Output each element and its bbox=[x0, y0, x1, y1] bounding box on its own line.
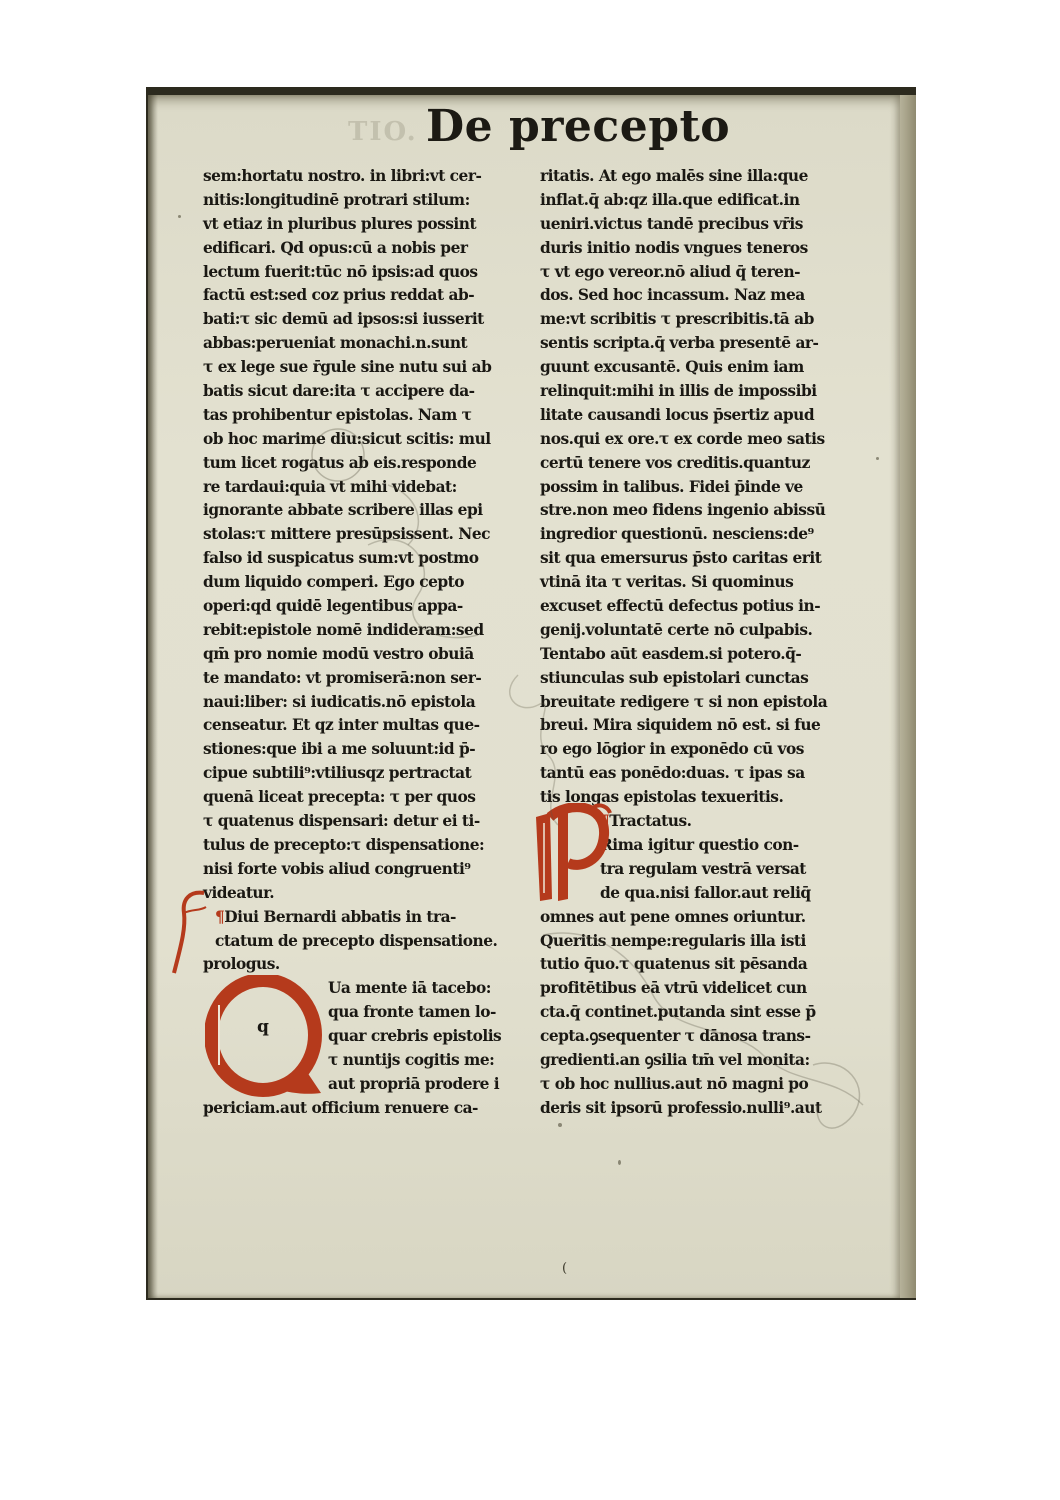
text-line: breuitate redigere τ si non epistola bbox=[540, 691, 875, 715]
gutter-shadow bbox=[148, 95, 158, 1298]
text-line: sit qua emersurus p̄sto caritas erit bbox=[540, 547, 875, 571]
pilcrow-mark: ¶ bbox=[215, 908, 224, 926]
text-line: qm̄ pro nomie modū vestro obuiā bbox=[203, 643, 538, 667]
text-line: ueniri.victus tandē precibus vr̄is bbox=[540, 213, 875, 237]
text-line: edificari. Qd opus:cū a nobis per bbox=[203, 237, 538, 261]
text-line: operi:qd quidē legentibus appa- bbox=[203, 595, 538, 619]
text-line: tum licet rogatus ab eis.responde bbox=[203, 452, 538, 476]
text-line: ingredior questionū. nesciens:de⁹ bbox=[540, 523, 875, 547]
text-line: vt etiaz in pluribus plures possint bbox=[203, 213, 538, 237]
heading-text: Diui Bernardi abbatis in tra- bbox=[224, 908, 456, 926]
text-line: tantū eas ponēdo:duas. τ ipas sa bbox=[540, 762, 875, 786]
text-line: nitis:longitudinē protrari stilum: bbox=[203, 189, 538, 213]
text-line: τ ex lege sue r̄gule sine nutu sui ab bbox=[203, 356, 538, 380]
treatise-line: gredienti.an ꝯsilia tm̄ vel monita: bbox=[540, 1049, 875, 1073]
treatise-line: cta.q̄ continet.putanda sint esse p̄ bbox=[540, 1001, 875, 1025]
paper-speck bbox=[618, 1160, 621, 1165]
treatise-line: tutio q̄uo.τ quatenus sit pēsanda bbox=[540, 953, 875, 977]
text-line: tulus de precepto:τ dispensatione: bbox=[203, 834, 538, 858]
paper-leaf: TIO. De precepto sem:hortatu nostro. in … bbox=[148, 95, 900, 1298]
text-line: τ quatenus dispensari: detur ei ti- bbox=[203, 810, 538, 834]
text-line: breui. Mira siquidem nō est. si fue bbox=[540, 714, 875, 738]
treatise-line: cepta.ꝯsequenter τ dānosa trans- bbox=[540, 1025, 875, 1049]
treatise-line: deris sit ipsorū professio.nulli⁹.aut bbox=[540, 1097, 875, 1121]
rubric-heading-line: ctatum de precepto dispensatione. bbox=[203, 930, 538, 954]
text-line: bati:τ sic demū ad ipsos:si iusserit bbox=[203, 308, 538, 332]
heading-text: Tractatus. bbox=[609, 812, 691, 830]
text-line: τ vt ego vereor.nō aliud q̄ teren- bbox=[540, 261, 875, 285]
text-line: abbas:perueniat monachi.n.sunt bbox=[203, 332, 538, 356]
text-line: factū est:sed coz prius reddat ab- bbox=[203, 284, 538, 308]
page-photograph: TIO. De precepto sem:hortatu nostro. in … bbox=[146, 87, 916, 1300]
text-line: lectum fuerit:tūc nō ipsis:ad quos bbox=[203, 261, 538, 285]
text-line: relinquit:mihi in illis de impossibi bbox=[540, 380, 875, 404]
text-line: genij.voluntatē certe nō culpabis. bbox=[540, 619, 875, 643]
foot-mark: ( bbox=[562, 1261, 567, 1276]
text-line: duris initio nodis vngues teneros bbox=[540, 237, 875, 261]
text-line: nos.qui ex ore.τ ex corde meo satis bbox=[540, 428, 875, 452]
text-line: falso id suspicatus sum:vt postmo bbox=[203, 547, 538, 571]
text-line: batis sicut dare:ita τ accipere da- bbox=[203, 380, 538, 404]
bleed-through-text: TIO. bbox=[348, 117, 418, 147]
text-line: ignorante abbate scribere illas epi bbox=[203, 499, 538, 523]
text-line: Tentabo aūt easdem.si potero.q̄- bbox=[540, 643, 875, 667]
treatise-line: τ ob hoc nullius.aut nō magni po bbox=[540, 1073, 875, 1097]
text-line: vtinā ita τ veritas. Si quominus bbox=[540, 571, 875, 595]
guide-letter: q bbox=[257, 1017, 269, 1037]
text-line: ritatis. At ego malēs sine illa:que bbox=[540, 165, 875, 189]
treatise-line: omnes aut pene omnes oriuntur. bbox=[540, 906, 875, 930]
text-line: sem:hortatu nostro. in libri:vt cer- bbox=[203, 165, 538, 189]
text-line: certū tenere vos creditis.quantuz bbox=[540, 452, 875, 476]
text-line: quenā liceat precepta: τ per quos bbox=[203, 786, 538, 810]
text-line: guunt excusantē. Quis enim iam bbox=[540, 356, 875, 380]
text-line: sentis scripta.q̄ verba presentē ar- bbox=[540, 332, 875, 356]
running-head: De precepto bbox=[426, 101, 730, 152]
drop-cap-q-icon bbox=[205, 975, 323, 1105]
text-line: stre.non meo fidens ingenio abissū bbox=[540, 499, 875, 523]
text-line: censeatur. Et qz inter multas que- bbox=[203, 714, 538, 738]
text-line: dum liquido comperi. Ego cepto bbox=[203, 571, 538, 595]
text-line: litate causandi locus p̄sertiz apud bbox=[540, 404, 875, 428]
right-column: ritatis. At ego malēs sine illa:que infl… bbox=[540, 165, 875, 1121]
text-line: possim in talibus. Fidei p̄inde ve bbox=[540, 476, 875, 500]
rubric-heading-line: prologus. bbox=[203, 953, 538, 977]
paper-speck bbox=[178, 215, 181, 218]
paper-speck bbox=[876, 457, 879, 460]
drop-cap-p-icon bbox=[528, 803, 612, 903]
text-line: nisi forte vobis aliud congruenti⁹ bbox=[203, 858, 538, 882]
page-edge-right bbox=[900, 95, 916, 1298]
text-line: me:vt scribitis τ prescribitis.tā ab bbox=[540, 308, 875, 332]
rubric-heading-line: ¶Diui Bernardi abbatis in tra- bbox=[203, 906, 538, 930]
text-line: stiones:que ibi a me soluunt:id p̄- bbox=[203, 738, 538, 762]
text-line: ro ego lōgior in exponēdo cū vos bbox=[540, 738, 875, 762]
text-line: naui:liber: si iudicatis.nō epistola bbox=[203, 691, 538, 715]
text-line: excuset effectū defectus potius in- bbox=[540, 595, 875, 619]
text-line: re tardaui:quia vt mihi videbat: bbox=[203, 476, 538, 500]
treatise-line: profitētibus eā vtrū videlicet cun bbox=[540, 977, 875, 1001]
text-line: dos. Sed hoc incassum. Naz mea bbox=[540, 284, 875, 308]
text-line: inflat.q̄ ab:qz illa.que edificat.in bbox=[540, 189, 875, 213]
paper-speck bbox=[558, 1123, 562, 1127]
text-line: ob hoc marime diu:sicut scitis: mul bbox=[203, 428, 538, 452]
text-line: stiunculas sub epistolari cunctas bbox=[540, 667, 875, 691]
red-flourish-icon bbox=[170, 889, 210, 979]
text-line: cipue subtili⁹:vtiliusqz pertractat bbox=[203, 762, 538, 786]
text-line: tas prohibentur epistolas. Nam τ bbox=[203, 404, 538, 428]
text-line: videatur. bbox=[203, 882, 538, 906]
text-line: te mandato: vt promiserā:non ser- bbox=[203, 667, 538, 691]
text-line: stolas:τ mittere presūpsissent. Nec bbox=[203, 523, 538, 547]
text-line: rebit:epistole nomē indideram:sed bbox=[203, 619, 538, 643]
treatise-line: Queritis nempe:regularis illa isti bbox=[540, 930, 875, 954]
